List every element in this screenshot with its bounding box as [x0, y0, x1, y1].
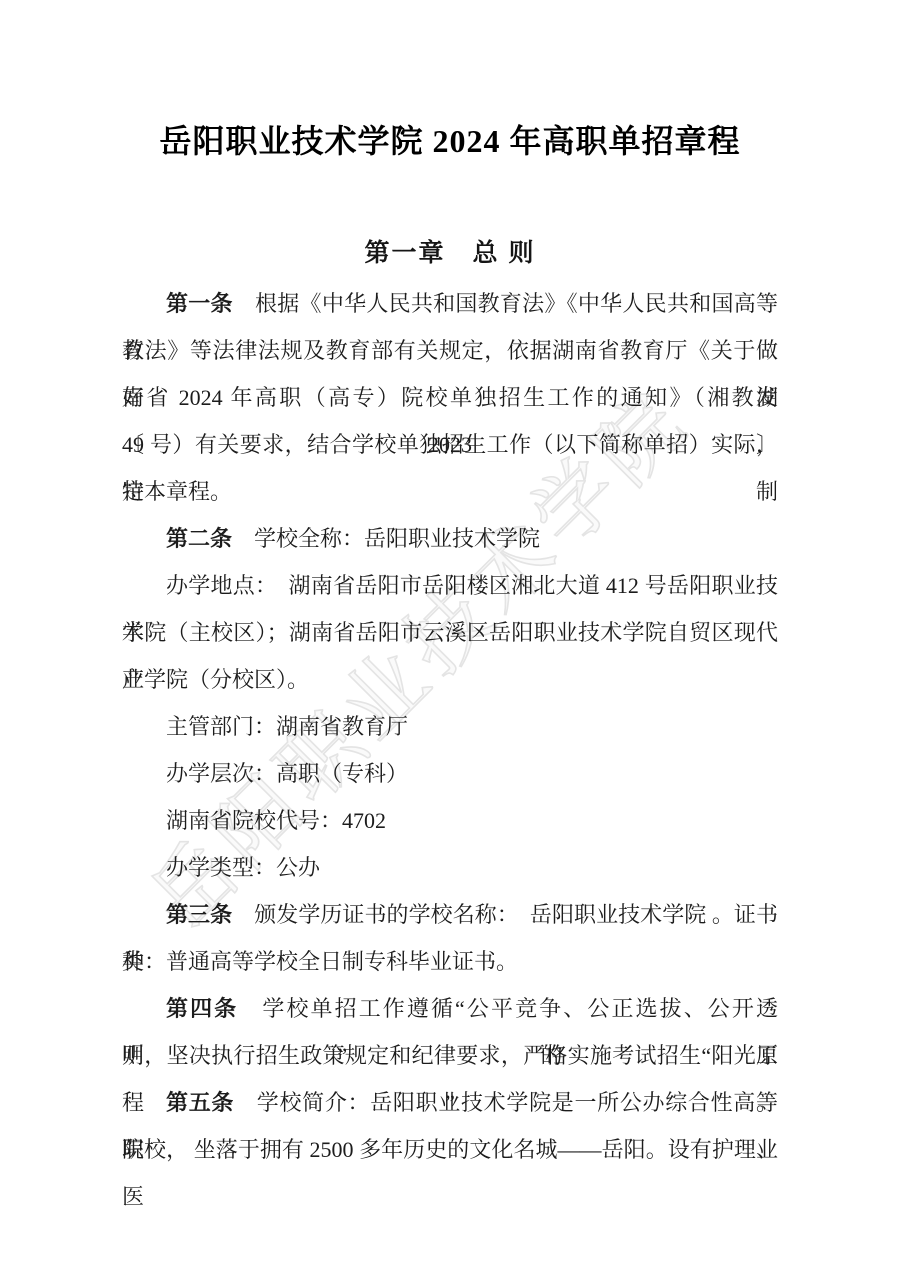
body-line: 办学类型：公办	[122, 844, 778, 891]
line-text: 定本章程。	[122, 479, 232, 504]
line-text: 主管部门：湖南省教育厅	[166, 714, 408, 739]
body-line: 办学层次：高职（专科）	[122, 750, 778, 797]
body-line: 主管部门：湖南省教育厅	[122, 703, 778, 750]
document-title: 岳阳职业技术学院 2024 年高职单招章程	[0, 116, 900, 162]
body-line: 育法》等法律法规及教育部有关规定，依据湖南省教育厅《关于做好湖	[122, 327, 778, 374]
body-line: 49 号）有关要求，结合学校单独招生工作（以下简称单招）实际，特制	[122, 421, 778, 468]
article-number: 第三条	[166, 902, 232, 927]
body-line: 第四条 学校单招工作遵循“公平竞争、公正选拔、公开透明”的原	[122, 985, 778, 1032]
body-line: 业学院（分校区）。	[122, 656, 778, 703]
article-number: 第四条	[166, 996, 238, 1021]
line-text: 湖南省院校代号：4702	[166, 808, 386, 833]
body-text: 第一条 根据《中华人民共和国教育法》《中华人民共和国高等教育法》等法律法规及教育…	[122, 280, 778, 1173]
line-text: 学校全称：岳阳职业技术学院	[232, 526, 540, 551]
document-page: 岳阳职业技术学院 岳阳职业技术学院 2024 年高职单招章程 第一章 总 则 第…	[0, 0, 900, 1273]
body-line: 类：普通高等学校全日制专科毕业证书。	[122, 938, 778, 985]
line-text: 办学类型：公办	[166, 855, 320, 880]
line-text: 业学院（分校区）。	[122, 667, 309, 692]
body-line: 第五条 学校简介：岳阳职业技术学院是一所公办综合性高等职业	[122, 1079, 778, 1126]
body-line: 学院（主校区）；湖南省岳阳市云溪区岳阳职业技术学院自贸区现代产	[122, 609, 778, 656]
body-line: 院校， 坐落于拥有 2500 多年历史的文化名城——岳阳。设有护理、医	[122, 1126, 778, 1173]
body-line: 第一条 根据《中华人民共和国教育法》《中华人民共和国高等教	[122, 280, 778, 327]
body-line: 南省 2024 年高职（高专）院校单独招生工作的通知》（湘教发〔2023〕	[122, 374, 778, 421]
body-line: 办学地点： 湖南省岳阳市岳阳楼区湘北大道 412 号岳阳职业技术	[122, 562, 778, 609]
line-text: 类：普通高等学校全日制专科毕业证书。	[122, 949, 518, 974]
body-line: 第三条 颁发学历证书的学校名称： 岳阳职业技术学院 。证书种	[122, 891, 778, 938]
line-text: 办学层次：高职（专科）	[166, 761, 408, 786]
article-number: 第一条	[166, 291, 233, 316]
line-text: 院校， 坐落于拥有 2500 多年历史的文化名城——岳阳。设有护理、医	[122, 1137, 778, 1209]
body-line: 湖南省院校代号：4702	[122, 797, 778, 844]
chapter-heading: 第一章 总 则	[0, 233, 900, 269]
article-number: 第二条	[166, 526, 232, 551]
article-number: 第五条	[166, 1090, 234, 1115]
body-line: 则，坚决执行招生政策规定和纪律要求，严格实施考试招生“阳光工程”。	[122, 1032, 778, 1079]
body-line: 第二条 学校全称：岳阳职业技术学院	[122, 515, 778, 562]
